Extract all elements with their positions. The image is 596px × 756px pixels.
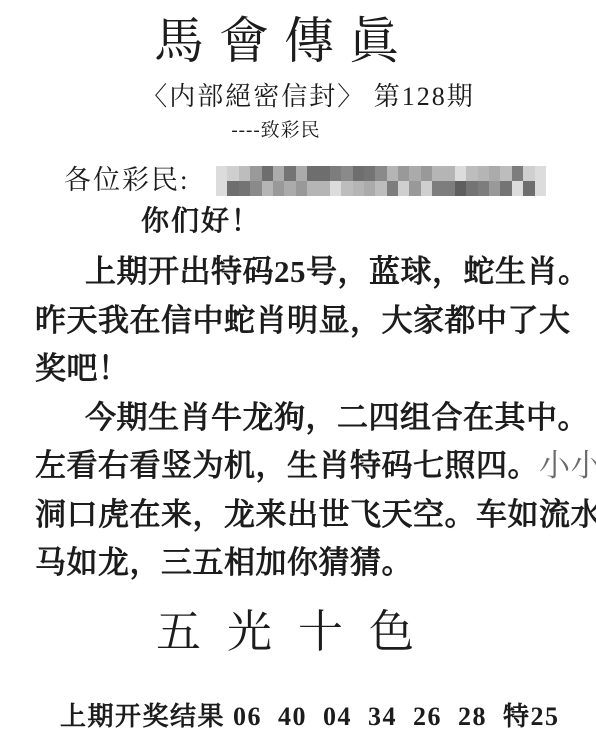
body-line: 今期生肖牛龙狗，二四组合在其中。	[35, 394, 582, 443]
body-line: 上期开出特码25号，蓝球，蛇生肖。	[35, 248, 582, 297]
body-line-tail: 小小	[539, 448, 596, 483]
fax-document: 馬會傳眞 〈内部絕密信封〉 第128期 ----致彩民 各位彩民: 你们好！ 上…	[0, 0, 596, 756]
body-paragraphs: 上期开出特码25号，蓝球，蛇生肖。昨天我在信中蛇肖明显，大家都中了大奖吧！今期生…	[35, 248, 582, 588]
issue-subtitle: 〈内部絕密信封〉 第128期	[10, 80, 596, 114]
body-line: 奖吧！	[35, 345, 582, 394]
redacted-contact	[216, 166, 546, 196]
previous-results: 上期开奖结果 06 40 04 34 26 28 特25	[60, 700, 560, 734]
body-line: 洞口虎在来，龙来出世飞天空。车如流水	[35, 491, 582, 540]
dedication-line: ----致彩民	[0, 118, 574, 144]
body-line: 左看右看竖为机，生肖特码七照四。小小	[35, 442, 582, 491]
body-line: 马如龙，三五相加你猜猜。	[35, 539, 582, 588]
greeting: 你们好！	[141, 205, 261, 239]
fax-title: 馬會傳眞	[0, 10, 582, 72]
body-line: 昨天我在信中蛇肖明显，大家都中了大	[35, 297, 582, 346]
salutation: 各位彩民:	[64, 164, 190, 196]
slogan-title: 五光十色	[0, 603, 596, 661]
